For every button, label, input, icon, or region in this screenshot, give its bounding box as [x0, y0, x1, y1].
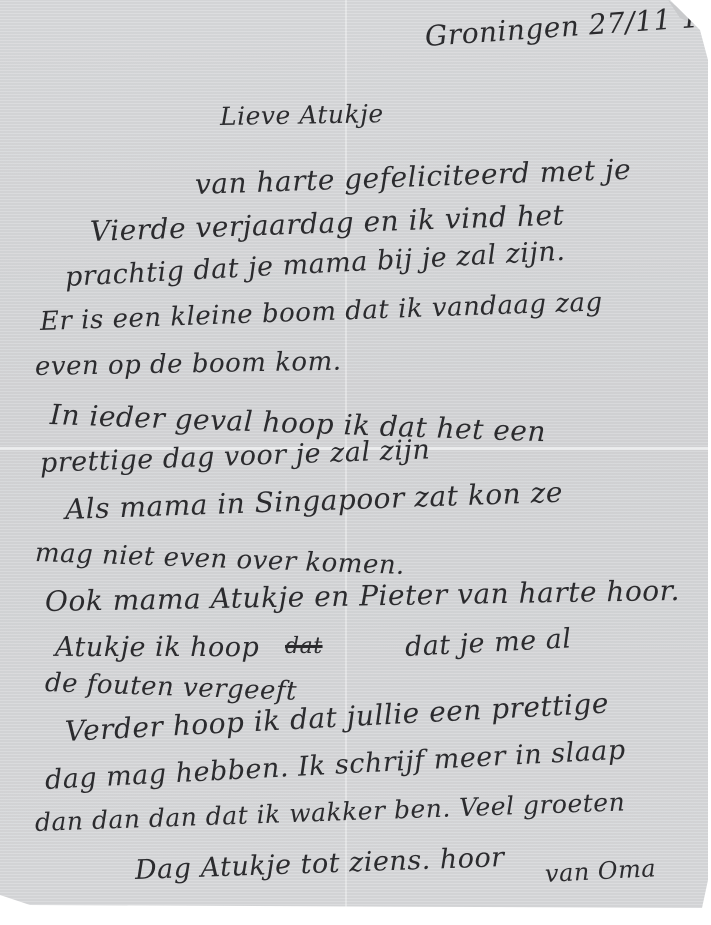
- letter-line: Atukje ik hoop: [55, 632, 259, 663]
- letter-line: prettige dag voor je zal zijn: [39, 434, 430, 479]
- signature: van Oma: [544, 854, 657, 888]
- place-date: Groningen 27/11 1960: [424, 0, 711, 53]
- letter-paper: Groningen 27/11 1960 Lieve Atukje van ha…: [0, 0, 708, 908]
- letter-line: Als mama in Singapoor zat kon ze: [64, 476, 563, 526]
- struck-word: dat: [285, 634, 323, 659]
- closing-line: Dag Atukje tot ziens. hoor: [134, 842, 505, 886]
- letter-line: Ook mama Atukje en Pieter van harte hoor…: [45, 574, 680, 618]
- letter-line: even op de boom kom.: [35, 347, 342, 382]
- salutation: Lieve Atukje: [220, 99, 384, 131]
- letter-line: Er is een kleine boom dat ik vandaag zag: [39, 287, 603, 337]
- letter-line: van harte gefeliciteerd met je: [194, 153, 631, 201]
- letter-line: mag niet even over komen.: [34, 538, 405, 581]
- letter-line: dan dan dan dat ik wakker ben. Veel groe…: [34, 787, 625, 837]
- letter-line: de fouten vergeeft: [44, 668, 297, 707]
- letter-line: dat je me al: [404, 623, 572, 663]
